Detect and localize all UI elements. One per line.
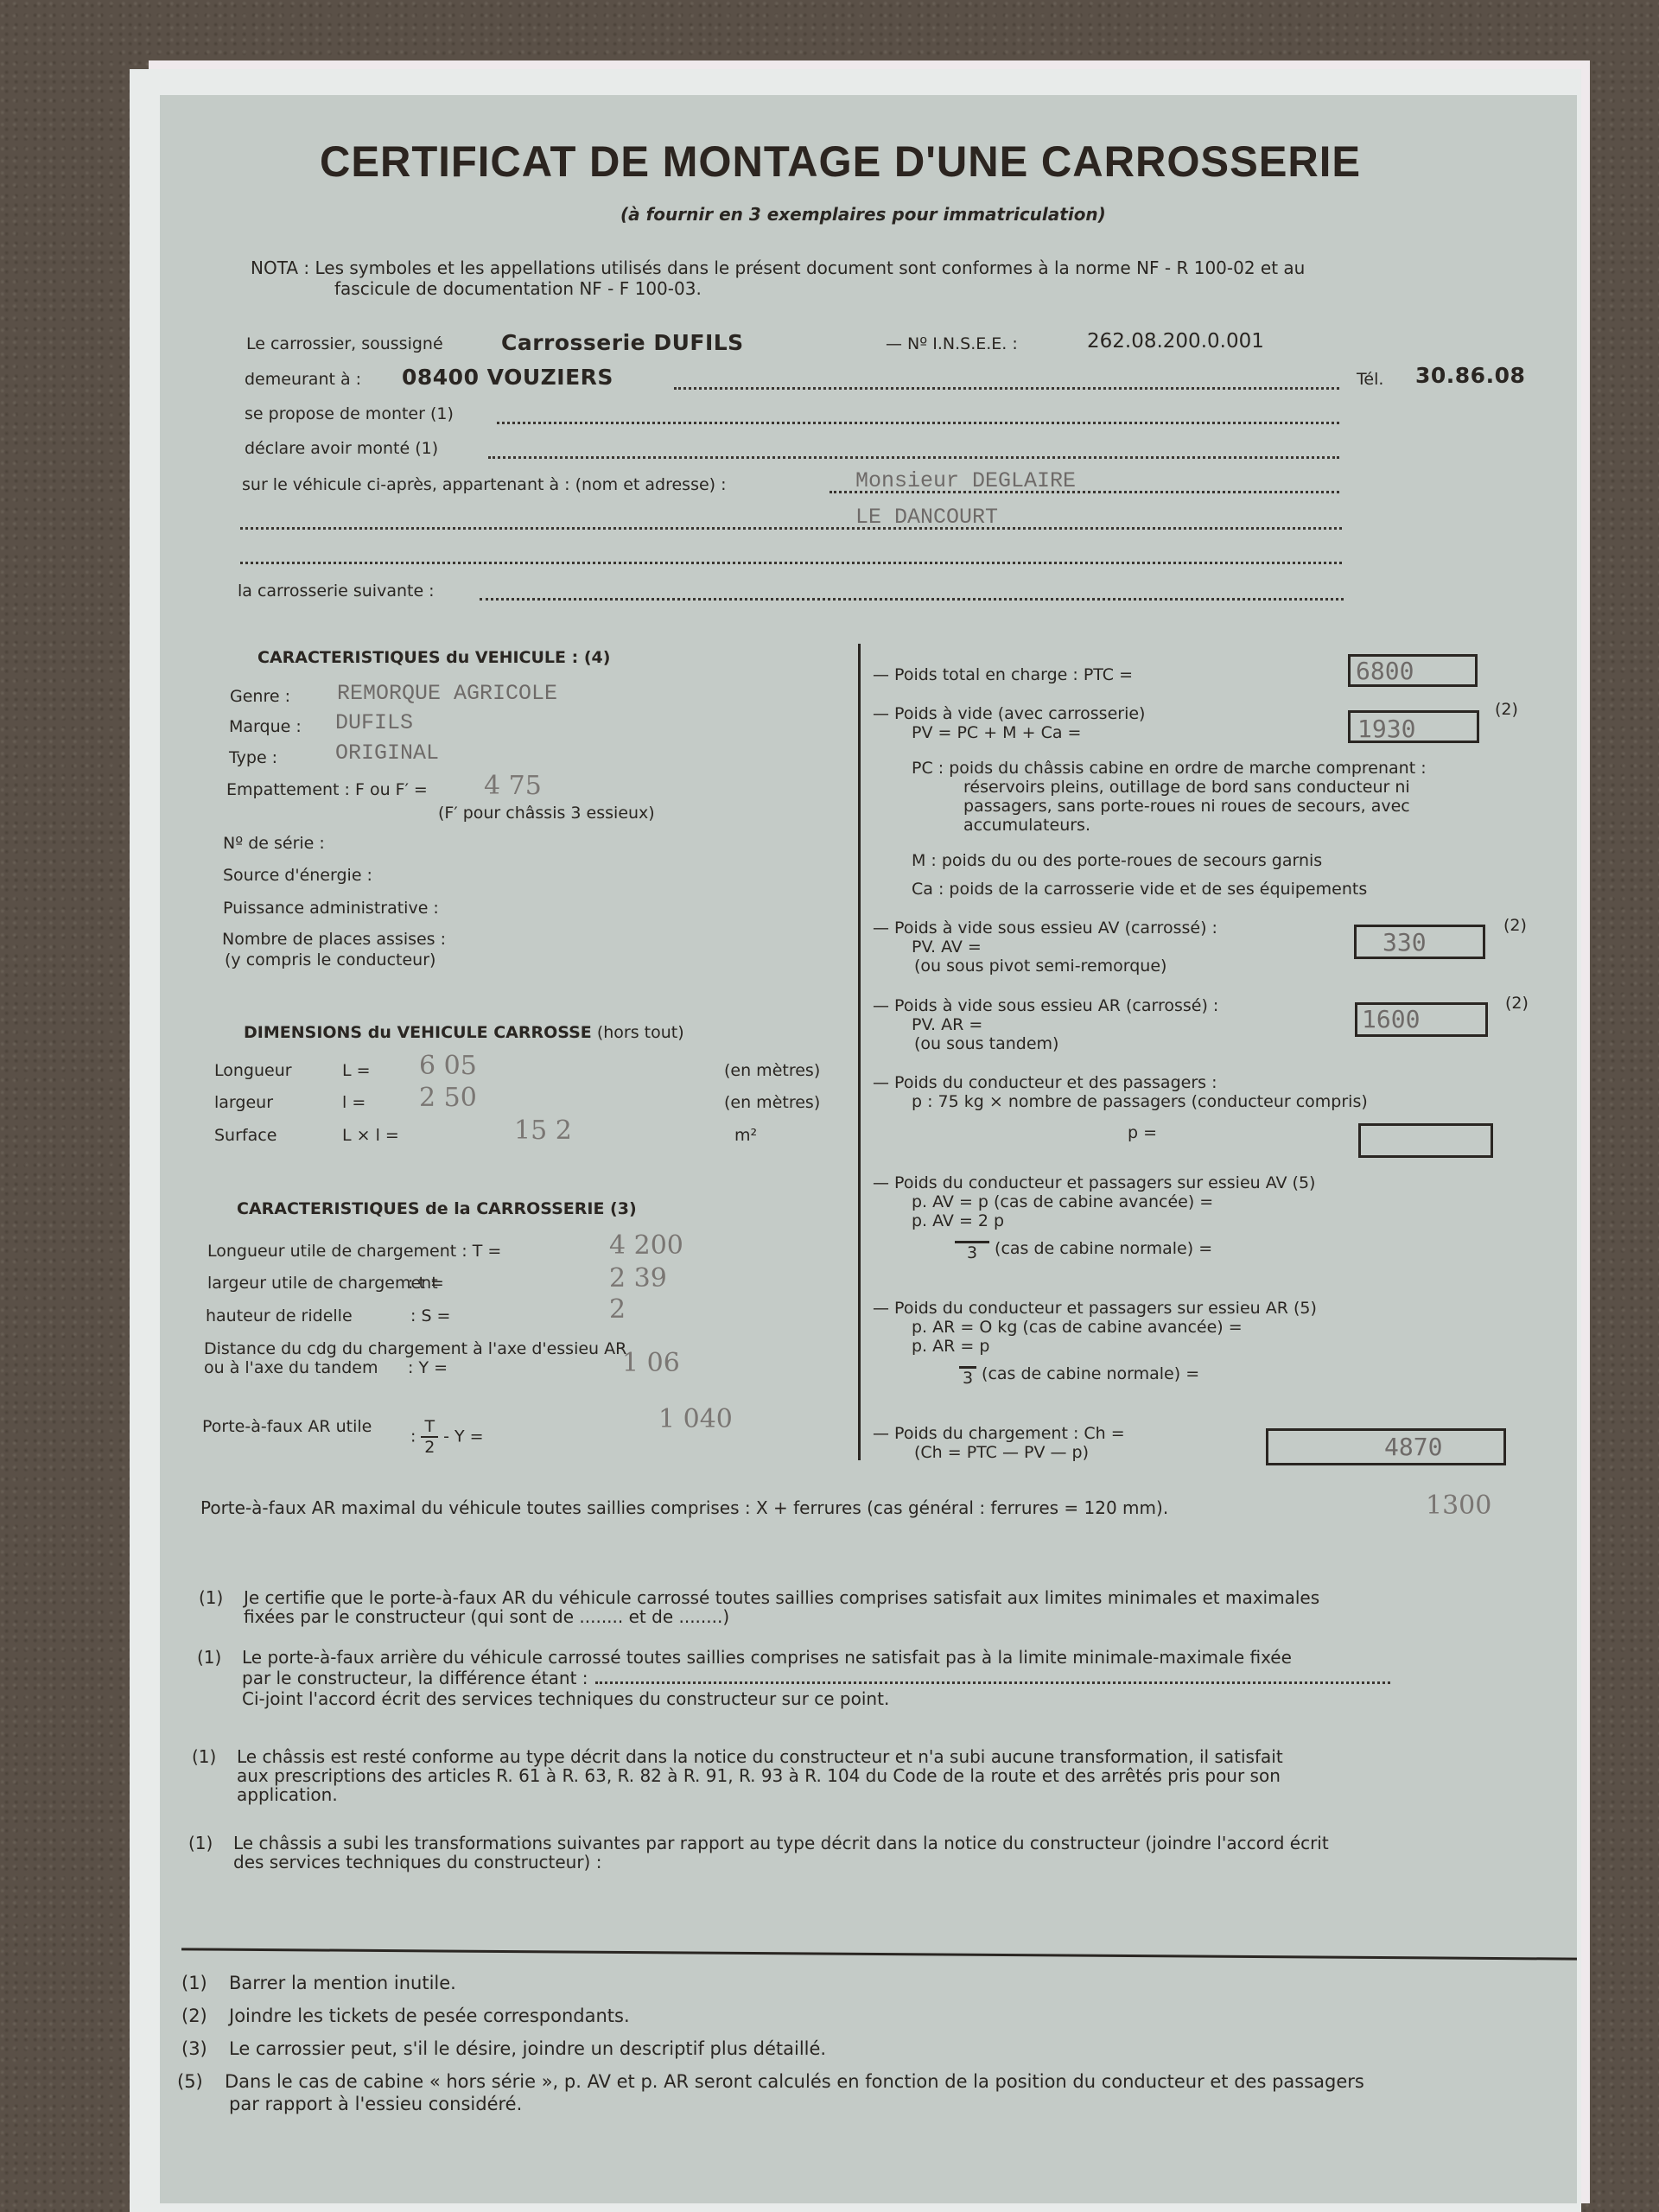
vehicle-heading: CARACTERISTIQUES du VEHICULE : (4) (257, 648, 610, 667)
pv-box[interactable]: 1930 (1348, 710, 1479, 743)
max-overhang-value[interactable]: 1300 (1426, 1491, 1491, 1521)
declaration-item[interactable]: (1) Le châssis est resté conforme au typ… (192, 1747, 1548, 1804)
carrosserie-field[interactable] (480, 598, 1344, 601)
declaration-mark: (1) (199, 1588, 244, 1607)
largeur-utile-label: largeur utile de chargement (207, 1274, 438, 1293)
footnote: (1)Barrer la mention inutile. (181, 1972, 456, 1994)
insee-value[interactable]: 262.08.200.0.001 (1087, 330, 1264, 353)
footnote-mark: (5) (177, 2070, 225, 2093)
owner-address[interactable]: LE DANCOURT (855, 505, 998, 530)
pav-fraction: 3 (cas de cabine normale) = (955, 1236, 1212, 1262)
nota-label: NOTA : (251, 257, 309, 278)
monte-label: déclare avoir monté (1) (245, 439, 438, 458)
distance-symbol: : Y = (408, 1358, 448, 1377)
porte-a-faux-formula: : T2 - Y = (410, 1417, 484, 1457)
nota: NOTA : Les symboles et les appellations … (251, 257, 1512, 299)
pav-label: — Poids du conducteur et passagers sur e… (873, 1173, 1315, 1230)
dimensions-heading: DIMENSIONS du VEHICULE CARROSSE (hors to… (244, 1023, 684, 1042)
ca-definition: Ca : poids de la carrosserie vide et de … (912, 880, 1367, 899)
distance-value[interactable]: 1 06 (622, 1348, 680, 1378)
demeurant-value[interactable]: 08400 VOUZIERS (402, 365, 613, 390)
propose-label: se propose de monter (1) (245, 404, 454, 423)
document-title: CERTIFICAT DE MONTAGE D'UNE CARROSSERIE (320, 137, 1361, 187)
puissance-label: Puissance administrative : (223, 899, 439, 918)
tel-value[interactable]: 30.86.08 (1415, 363, 1525, 388)
empattement-value[interactable]: 4 75 (484, 771, 542, 801)
declaration-text: Je certifie que le porte-à-faux AR du vé… (244, 1587, 1319, 1608)
declaration-text: Ci-joint l'accord écrit des services tec… (242, 1688, 889, 1709)
pvar-label: — Poids à vide sous essieu AR (carrossé)… (873, 996, 1218, 1053)
carrossier-label: Le carrossier, soussigné (246, 334, 443, 353)
marque-label: Marque : (229, 717, 302, 736)
footnote-text: par rapport à l'essieu considéré. (229, 2094, 522, 2114)
genre-value[interactable]: REMORQUE AGRICOLE (337, 681, 557, 706)
ch-box[interactable]: 4870 (1266, 1428, 1506, 1465)
footnote-mark: (2) (181, 2005, 229, 2027)
pc-definition: PC : poids du châssis cabine en ordre de… (912, 759, 1427, 835)
pv-value: 1930 (1357, 715, 1415, 743)
par-label: — Poids du conducteur et passagers sur e… (873, 1299, 1317, 1356)
empattement-label: Empattement : F ou F′ = (226, 780, 428, 799)
longueur-utile-label: Longueur utile de chargement : T = (207, 1242, 501, 1261)
par-fraction: 3 (cas de cabine normale) = (959, 1361, 1199, 1388)
largeur-utile-symbol: : t = (408, 1274, 444, 1293)
footnote-text: Joindre les tickets de pesée corresponda… (229, 2005, 630, 2026)
nota-line2: fascicule de documentation NF - F 100-03… (334, 278, 702, 299)
difference-field[interactable] (595, 1681, 1390, 1684)
footnote: (3)Le carrossier peut, s'il le désire, j… (181, 2037, 826, 2060)
declaration-item[interactable]: (1) Le châssis a subi les transformation… (188, 1834, 1545, 1872)
pvav-label: — Poids à vide sous essieu AV (carrossé)… (873, 918, 1217, 976)
dimension-label: Longueur (214, 1061, 292, 1080)
declaration-text: application. (237, 1784, 338, 1805)
footnote-text: Le carrossier peut, s'il le désire, join… (229, 2038, 826, 2059)
hauteur-ridelle-label: hauteur de ridelle (206, 1306, 353, 1325)
declaration-text: par le constructeur, la différence étant… (242, 1668, 588, 1688)
pvar-note: (2) (1505, 994, 1529, 1013)
declaration-text: Le châssis est resté conforme au type dé… (237, 1746, 1283, 1767)
hauteur-ridelle-symbol: : S = (410, 1306, 450, 1325)
dimension-value[interactable]: 15 2 (514, 1116, 572, 1146)
pv-note: (2) (1495, 700, 1518, 719)
propose-field[interactable] (497, 422, 1339, 424)
owner-label: sur le véhicule ci-après, appartenant à … (242, 475, 727, 494)
ptc-box[interactable]: 6800 (1348, 654, 1478, 687)
type-value[interactable]: ORIGINAL (335, 741, 439, 766)
dimension-value[interactable]: 2 50 (419, 1083, 477, 1113)
carrosserie-label: la carrosserie suivante : (238, 582, 435, 601)
column-divider (858, 644, 861, 1460)
owner-address-line2[interactable] (240, 562, 1342, 564)
footnote: (2)Joindre les tickets de pesée correspo… (181, 2005, 630, 2027)
pv-label: — Poids à vide (avec carrosserie)PV = PC… (873, 704, 1145, 742)
serie-label: Nº de série : (223, 834, 325, 853)
demeurant-label: demeurant à : (245, 370, 361, 389)
marque-value[interactable]: DUFILS (335, 710, 413, 735)
ptc-label: — Poids total en charge : PTC = (873, 665, 1133, 684)
porte-a-faux-label: Porte-à-faux AR utile (202, 1417, 372, 1436)
dotted-line (674, 387, 1339, 390)
pvar-box[interactable]: 1600 (1355, 1002, 1488, 1037)
dotted-line (240, 527, 1342, 530)
dimension-value[interactable]: 6 05 (419, 1051, 477, 1081)
max-overhang-label: Porte-à-faux AR maximal du véhicule tout… (200, 1497, 1168, 1518)
pvar-value: 1600 (1362, 1005, 1420, 1033)
type-label: Type : (229, 748, 277, 767)
declaration-item[interactable]: (1) Le porte-à-faux arrière du véhicule … (197, 1647, 1554, 1709)
places-note: (y compris le conducteur) (225, 950, 435, 969)
energie-label: Source d'énergie : (223, 866, 372, 885)
declaration-mark: (1) (188, 1834, 233, 1853)
ch-value: 4870 (1384, 1433, 1442, 1461)
p-label: — Poids du conducteur et des passagers :… (873, 1073, 1368, 1111)
declaration-text: des services techniques du constructeur)… (233, 1852, 601, 1872)
empattement-note: (F′ pour châssis 3 essieux) (438, 804, 655, 823)
carrossier-value[interactable]: Carrosserie DUFILS (501, 330, 744, 355)
pvav-value: 330 (1382, 928, 1427, 957)
p-box[interactable] (1358, 1123, 1493, 1158)
p-eq: p = (1128, 1123, 1157, 1142)
declaration-mark: (1) (192, 1747, 237, 1766)
monte-field[interactable] (488, 456, 1339, 459)
m-definition: M : poids du ou des porte-roues de secou… (912, 851, 1322, 870)
footnote-text: Barrer la mention inutile. (229, 1973, 456, 1993)
nota-line1: Les symboles et les appellations utilisé… (315, 257, 1306, 278)
dimension-unit: (en mètres) (724, 1093, 820, 1112)
dimension-symbol: l = (342, 1093, 365, 1112)
footnote-mark: (3) (181, 2037, 229, 2060)
longueur-utile-value[interactable]: 4 200 (609, 1230, 683, 1261)
declaration-text: fixées par le constructeur (qui sont de … (244, 1606, 729, 1627)
declaration-text: aux prescriptions des articles R. 61 à R… (237, 1765, 1281, 1786)
pvav-note: (2) (1503, 916, 1527, 935)
document-subtitle: (à fournir en 3 exemplaires pour immatri… (620, 204, 1106, 225)
dimension-unit: (en mètres) (724, 1061, 820, 1080)
owner-name[interactable]: Monsieur DEGLAIRE (855, 468, 1076, 493)
declaration-text: Le porte-à-faux arrière du véhicule carr… (242, 1647, 1292, 1668)
dimension-unit: m² (734, 1126, 757, 1145)
footnote-mark: (1) (181, 1972, 229, 1994)
places-label: Nombre de places assises : (222, 930, 446, 949)
pvav-box[interactable]: 330 (1354, 925, 1485, 959)
insee-label: — Nº I.N.S.E.E. : (886, 334, 1018, 353)
footnote-text: Dans le cas de cabine « hors série », p.… (225, 2071, 1364, 2092)
porte-a-faux-value[interactable]: 1 040 (658, 1404, 733, 1434)
ch-label: — Poids du chargement : Ch =(Ch = PTC — … (873, 1424, 1125, 1462)
declaration-mark: (1) (197, 1647, 242, 1668)
dimension-label: Surface (214, 1126, 276, 1145)
declaration-item[interactable]: (1) Je certifie que le porte-à-faux AR d… (199, 1588, 1555, 1626)
ptc-value: 6800 (1356, 657, 1414, 685)
distance-label-2: ou à l'axe du tandem (204, 1358, 378, 1377)
dimension-label: largeur (214, 1093, 273, 1112)
tel-label: Tél. (1357, 370, 1383, 389)
largeur-utile-value[interactable]: 2 39 (609, 1263, 667, 1294)
carrosserie-heading: CARACTERISTIQUES de la CARROSSERIE (3) (237, 1199, 637, 1218)
declaration-text: Le châssis a subi les transformations su… (233, 1833, 1329, 1853)
footnote: (5)Dans le cas de cabine « hors série »,… (177, 2070, 1364, 2115)
distance-label: Distance du cdg du chargement à l'axe d'… (204, 1339, 626, 1358)
hauteur-ridelle-value[interactable]: 2 (609, 1294, 626, 1325)
genre-label: Genre : (230, 687, 290, 706)
dimension-symbol: L × l = (342, 1126, 399, 1145)
dimension-symbol: L = (342, 1061, 371, 1080)
